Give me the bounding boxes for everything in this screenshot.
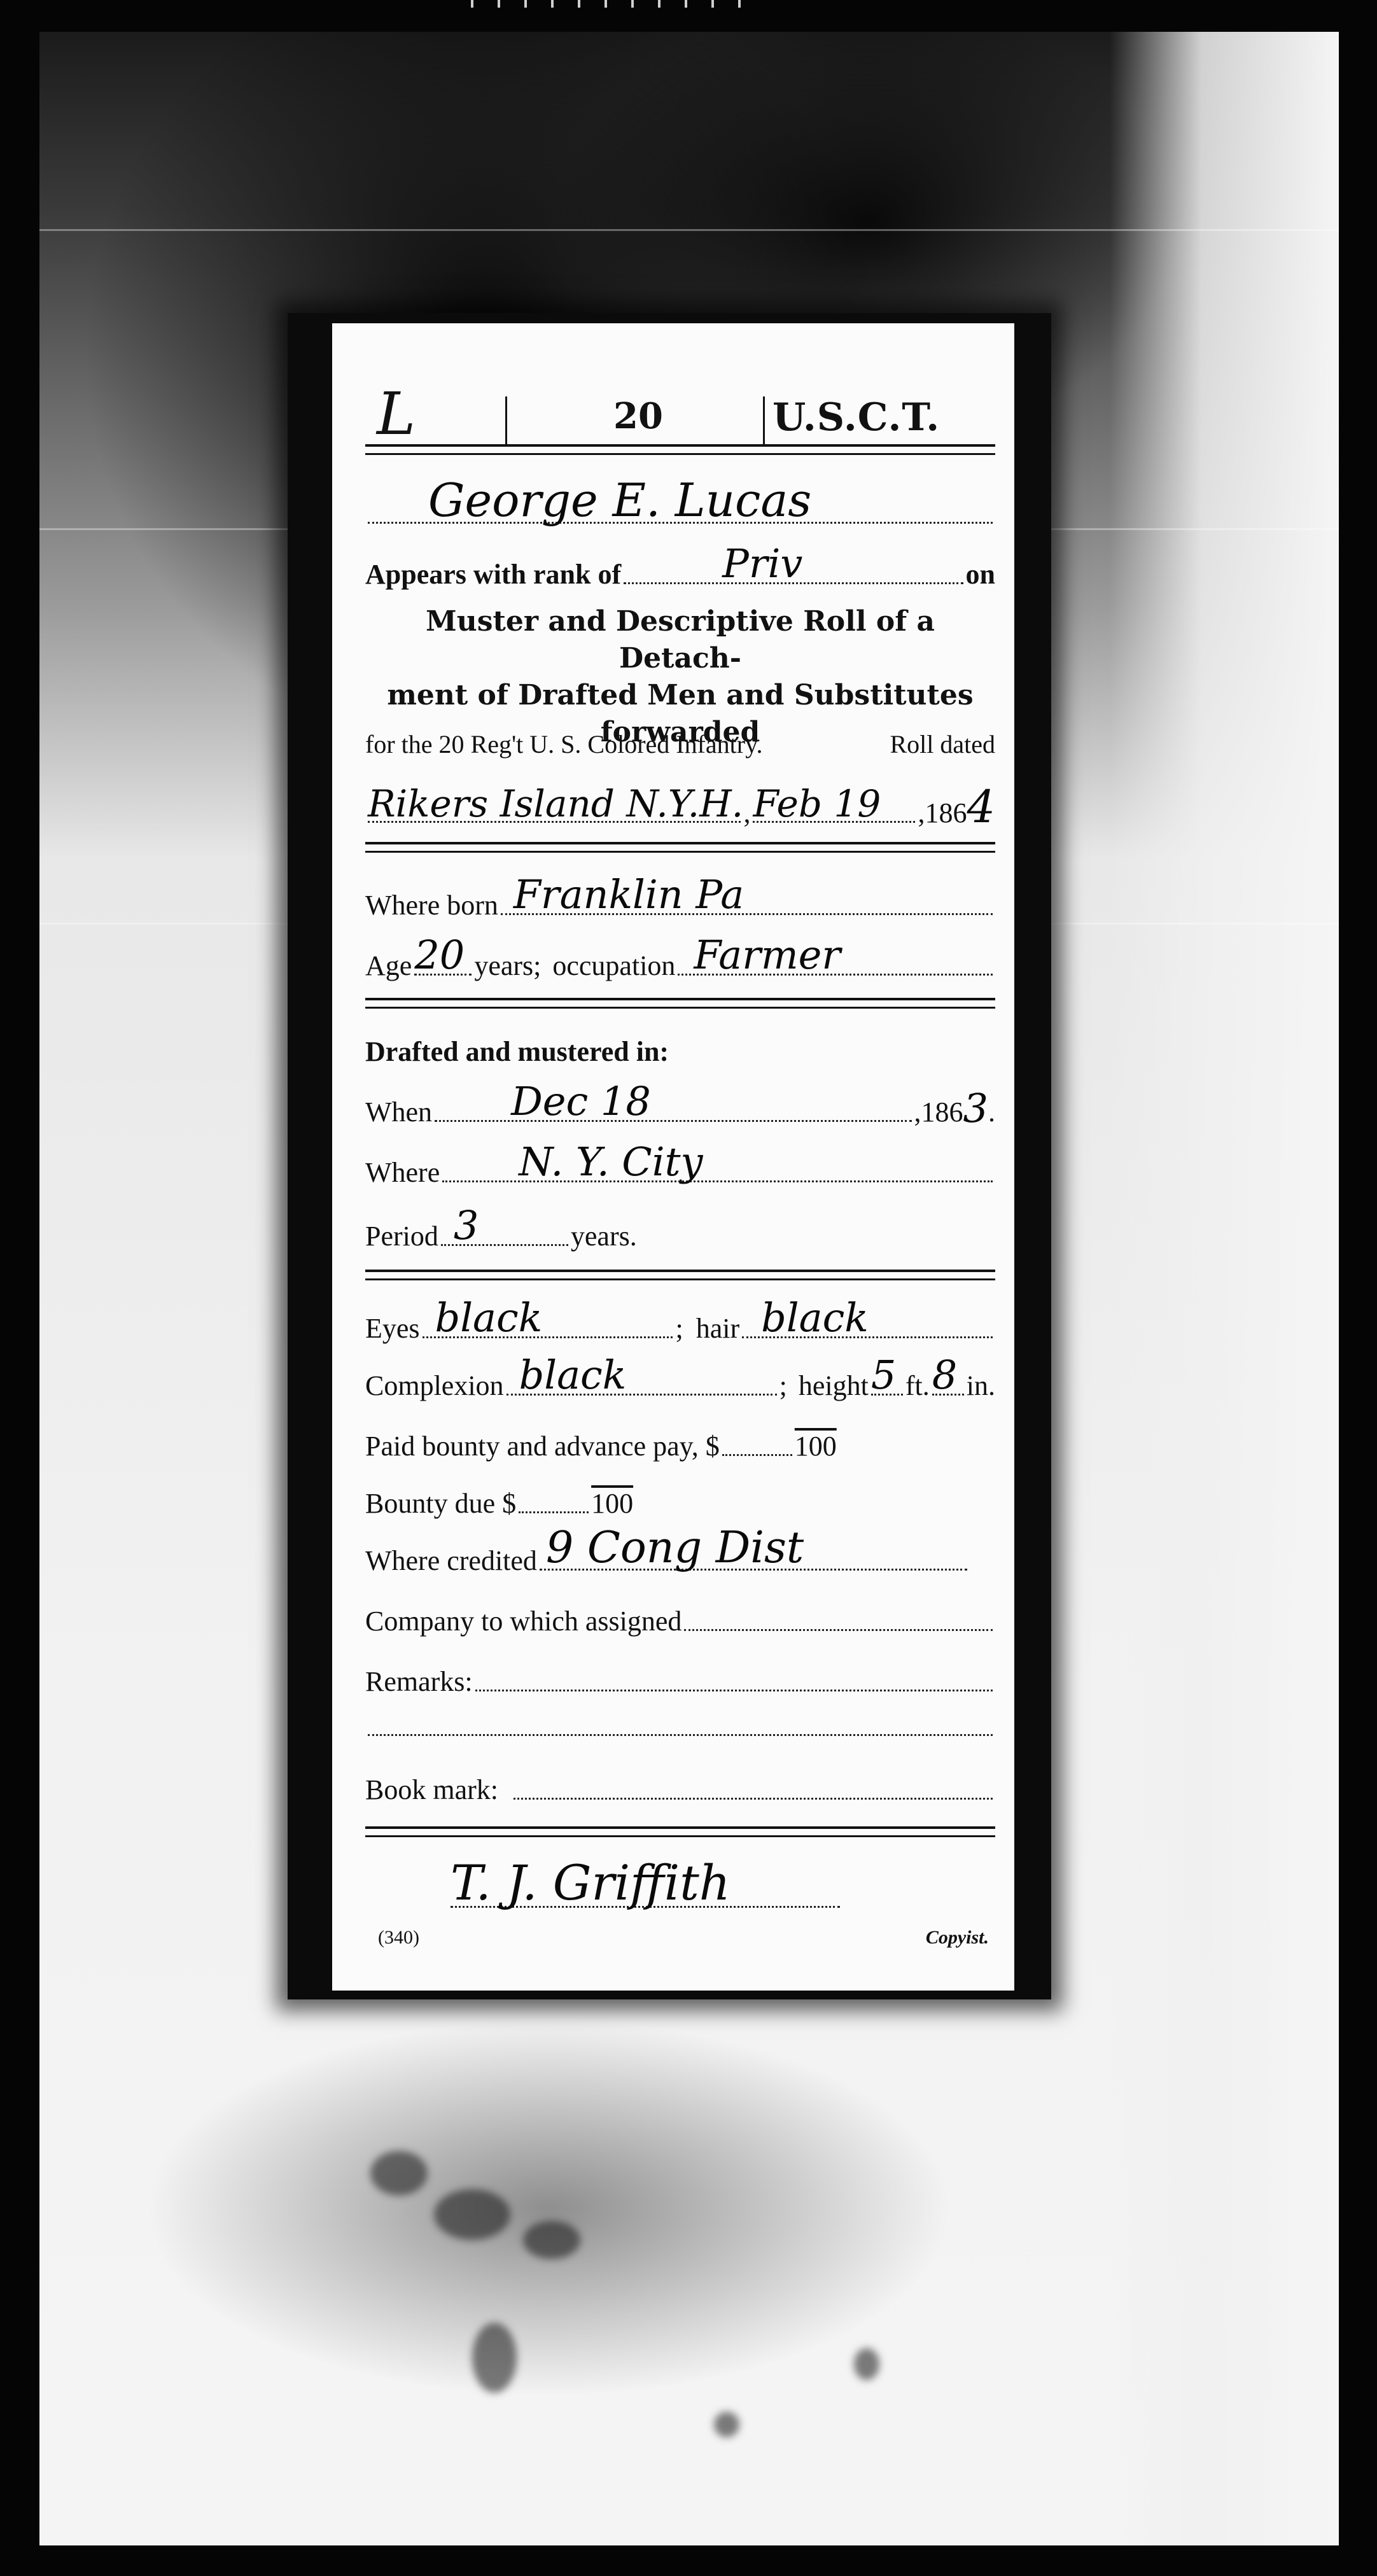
soldier-name-field: George E. Lucas (365, 482, 995, 530)
footer-rule (365, 1826, 995, 1837)
complexion-value: black (519, 1355, 627, 1395)
when-value: Dec 18 (511, 1082, 651, 1121)
where-value: N. Y. City (519, 1142, 702, 1182)
rank-field: Appears with rank of Priv on (365, 552, 995, 591)
where-credited-value: 9 Cong Dist (546, 1527, 804, 1570)
card-header: L 20 U.S.C.T. (365, 384, 995, 444)
paid-bounty-value: 100 (795, 1430, 837, 1462)
eyes-label: Eyes (365, 1312, 420, 1345)
bounty-due-value: 100 (591, 1487, 633, 1520)
drafted-where-field: Where N. Y. City (365, 1151, 995, 1189)
regiment-line: for the 20 Reg't U. S. Colored Infantry.… (365, 721, 995, 759)
soldier-name: George E. Lucas (428, 477, 811, 523)
remarks-continuation-line (365, 1717, 995, 1742)
where-born-label: Where born (365, 889, 498, 921)
roll-year-suffix: 4 (967, 785, 995, 829)
drafted-section-heading: Drafted and mustered in: (365, 1030, 995, 1068)
where-label: Where (365, 1156, 440, 1189)
hair-value: black (761, 1298, 869, 1338)
bounty-due-label: Bounty due $ (365, 1487, 516, 1520)
roll-dated-label: Roll dated (890, 729, 995, 759)
copyist-label: Copyist. (926, 1927, 989, 1949)
period-unit: years. (571, 1220, 637, 1252)
occupation-label: occupation (552, 949, 675, 982)
complexion-label: Complexion (365, 1369, 504, 1402)
remarks-field: Remarks: (365, 1660, 995, 1698)
roll-date-field: Rikers Island N.Y.H. , Feb 19 , 186 4 (365, 781, 995, 829)
header-divider (763, 396, 765, 444)
form-number: (340) (378, 1927, 419, 1949)
header-rule (365, 444, 995, 455)
rank-value: Priv (722, 544, 802, 584)
when-year-suffix: 3 (963, 1089, 988, 1128)
height-feet: 5 (871, 1355, 896, 1395)
section-rule (365, 842, 995, 853)
copyist-signature: T. J. Griffith (451, 1859, 730, 1907)
remarks-label: Remarks: (365, 1665, 473, 1698)
index-letter: L (377, 384, 416, 444)
hair-label: hair (696, 1312, 739, 1345)
regiment-number: 20 (613, 395, 663, 437)
paid-bounty-field: Paid bounty and advance pay, $ 100 (365, 1424, 995, 1462)
when-year-prefix: 186 (921, 1096, 963, 1128)
company-field: Company to which assigned (365, 1599, 995, 1637)
roll-year-prefix: 186 (925, 797, 967, 829)
service-record-card: L 20 U.S.C.T. George E. Lucas Appears wi… (332, 323, 1014, 1991)
unit-abbreviation: U.S.C.T. (772, 395, 940, 440)
height-inches: 8 (932, 1355, 957, 1395)
complexion-height-field: Complexion black ; height 5 ft. 8 in. (365, 1364, 995, 1402)
period-value: 3 (454, 1206, 479, 1245)
height-label: height (799, 1369, 869, 1402)
age-occupation-field: Age 20 years; occupation Farmer (365, 944, 995, 982)
rank-label: Appears with rank of (365, 558, 621, 591)
occupation-value: Farmer (694, 935, 841, 975)
roll-place: Rikers Island N.Y.H. (368, 785, 743, 822)
section-rule (365, 1270, 995, 1280)
eyes-value: black (435, 1298, 543, 1338)
bounty-due-field: Bounty due $ 100 (365, 1481, 995, 1520)
company-label: Company to which assigned (365, 1605, 682, 1637)
roll-month-day: Feb 19 (753, 785, 881, 822)
drafted-when-field: When Dec 18 , 186 3 . (365, 1090, 995, 1128)
paid-bounty-label: Paid bounty and advance pay, $ (365, 1430, 720, 1462)
age-label: Age (365, 949, 412, 982)
rank-suffix: on (966, 558, 995, 591)
copyist-signature-line: T. J. Griffith (448, 1870, 842, 1914)
section-rule (365, 998, 995, 1009)
book-mark-label: Book mark: (365, 1774, 498, 1806)
when-label: When (365, 1096, 432, 1128)
period-label: Period (365, 1220, 438, 1252)
where-credited-field: Where credited 9 Cong Dist (365, 1539, 970, 1577)
where-born-field: Where born Franklin Pa (365, 883, 995, 921)
regiment-text: for the 20 Reg't U. S. Colored Infantry. (365, 729, 763, 759)
period-field: Period 3 years. (365, 1214, 995, 1252)
where-born-value: Franklin Pa (514, 875, 744, 914)
where-credited-label: Where credited (365, 1544, 537, 1577)
eyes-hair-field: Eyes black ; hair black (365, 1306, 995, 1345)
film-edge-marks (471, 0, 741, 9)
book-mark-field: Book mark: (365, 1768, 995, 1806)
age-value: 20 (414, 935, 465, 975)
years-label: years; (474, 949, 541, 982)
header-divider (505, 396, 507, 444)
